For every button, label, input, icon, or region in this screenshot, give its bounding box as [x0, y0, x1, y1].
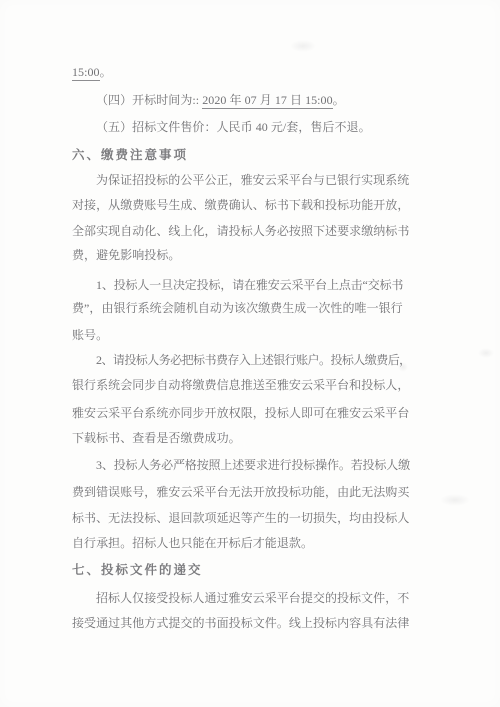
doc-text: 雅安云采平台系统亦同步开放权限，投标人即可在雅安云采平台 — [72, 406, 409, 420]
doc-text: 银行系统会同步自动将缴费信息推送至雅安云采平台和投标人， — [72, 378, 409, 392]
doc-line: 雅安云采平台系统亦同步开放权限，投标人即可在雅安云采平台 — [72, 405, 409, 421]
doc-line: 银行系统会同步自动将缴费信息推送至雅安云采平台和投标人， — [72, 377, 409, 393]
doc-text: 费”，由银行系统会随机自动为该次缴费生成一次性的唯一银行 — [72, 301, 403, 315]
doc-line: 对接，从缴费账号生成、缴费确认、标书下载和投标功能开放， — [72, 197, 409, 213]
doc-line: 自行承担。招标人也只能在开标后才能退款。 — [72, 535, 313, 551]
doc-line: 接受通过其他方式提交的书面投标文件。线上投标内容具有法律 — [72, 615, 409, 631]
doc-text: 2、请投标人务必把标书费存入上述银行账户。投标人缴费后， — [96, 353, 411, 367]
scan-artifact — [290, 40, 316, 52]
scan-artifact — [440, 494, 470, 506]
doc-line-point-1: 1、投标人一旦决定投标，请在雅安云采平台上点击“交标书 — [96, 277, 403, 293]
doc-line-point-2: 2、请投标人务必把标书费存入上述银行账户。投标人缴费后， — [96, 352, 411, 368]
heading-text: 六、缴费注意事项 — [72, 148, 188, 162]
doc-text: 1、投标人一旦决定投标，请在雅安云采平台上点击“交标书 — [96, 278, 403, 292]
doc-line: 为保证招投标的公平公正，雅安云采平台与已银行实现系统 — [96, 172, 409, 188]
doc-text: 费到错误账号，雅安云采平台无法开放投标功能，由此无法购买 — [72, 485, 409, 499]
doc-text: 费，避免影响投标。 — [72, 248, 180, 262]
doc-line: 费”，由银行系统会随机自动为该次缴费生成一次性的唯一银行 — [72, 300, 403, 316]
doc-text: 为保证招投标的公平公正，雅安云采平台与已银行实现系统 — [96, 173, 409, 187]
doc-line: 15:00。 — [72, 64, 112, 80]
scanned-document-page: 15:00。 （四）开标时间为:: 2020 年 07 月 17 日 15:00… — [0, 0, 500, 707]
doc-line: 下载标书、查看是否缴费成功。 — [72, 430, 241, 446]
doc-text: 标书、无法投标、退回款项延迟等产生的一切损失，均由投标人 — [72, 511, 409, 525]
section-heading-6: 六、缴费注意事项 — [72, 147, 188, 163]
doc-text: 自行承担。招标人也只能在开标后才能退款。 — [72, 536, 313, 550]
doc-text: 下载标书、查看是否缴费成功。 — [72, 431, 241, 445]
doc-line-point-3: 3、投标人务必严格按照上述要求进行投标操作。若投标人缴 — [96, 457, 410, 473]
doc-line: 招标人仅接受投标人通过雅安云采平台提交的投标文件，不 — [96, 590, 409, 606]
underlined-date: 2020 年 07 月 17 日 15:00 — [202, 93, 332, 109]
doc-text: （五）招标文件售价：人民币 40 元/套，售后不退。 — [96, 120, 371, 134]
doc-text: 全部实现自动化、线上化，请投标人务必按照下述要求缴纳标书 — [72, 224, 409, 238]
doc-text: 3、投标人务必严格按照上述要求进行投标操作。若投标人缴 — [96, 458, 410, 472]
doc-text: （四）开标时间为:: — [96, 93, 202, 107]
doc-line: 账号。 — [72, 327, 108, 343]
doc-text: 接受通过其他方式提交的书面投标文件。线上投标内容具有法律 — [72, 616, 409, 630]
doc-text: 。 — [100, 65, 112, 79]
doc-text: 账号。 — [72, 328, 108, 342]
doc-line-item-5: （五）招标文件售价：人民币 40 元/套，售后不退。 — [96, 119, 371, 135]
doc-text: 对接，从缴费账号生成、缴费确认、标书下载和投标功能开放， — [72, 198, 409, 212]
heading-text: 七、投标文件的递交 — [72, 563, 203, 577]
doc-line: 标书、无法投标、退回款项延迟等产生的一切损失，均由投标人 — [72, 510, 409, 526]
doc-line: 费，避免影响投标。 — [72, 247, 180, 263]
section-heading-7: 七、投标文件的递交 — [72, 562, 203, 578]
underlined-time: 15:00 — [72, 65, 100, 81]
doc-text: 。 — [333, 93, 345, 107]
doc-line: 全部实现自动化、线上化，请投标人务必按照下述要求缴纳标书 — [72, 223, 409, 239]
doc-line-item-4: （四）开标时间为:: 2020 年 07 月 17 日 15:00。 — [96, 92, 345, 108]
scan-artifact — [478, 348, 494, 358]
doc-text: 招标人仅接受投标人通过雅安云采平台提交的投标文件，不 — [96, 591, 409, 605]
doc-line: 费到错误账号，雅安云采平台无法开放投标功能，由此无法购买 — [72, 484, 409, 500]
